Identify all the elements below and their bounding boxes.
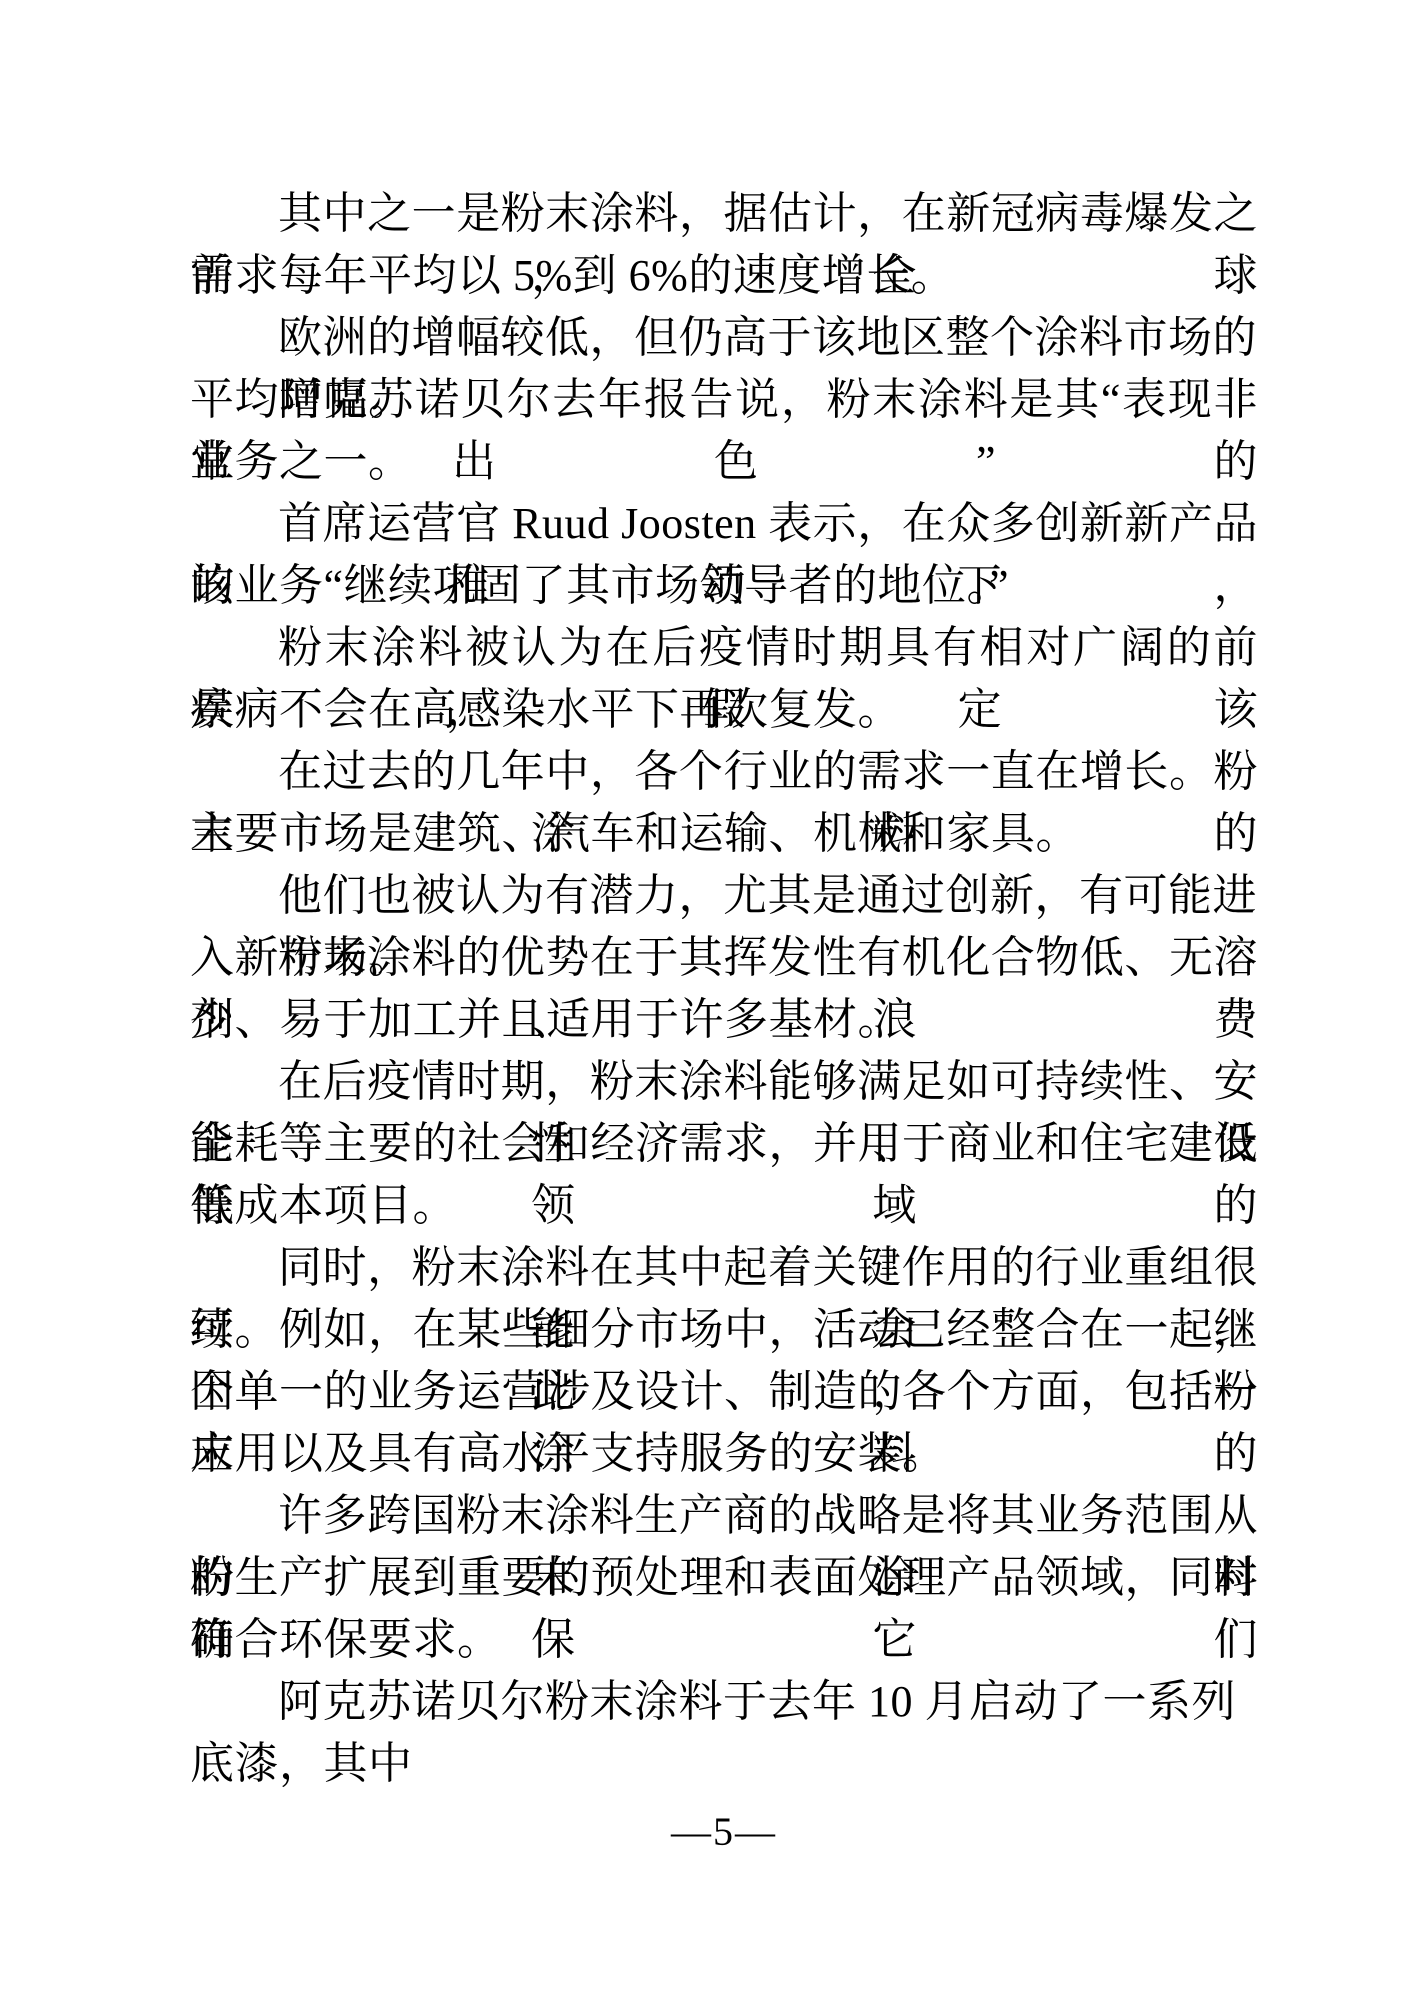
text-line: 粉末涂料的优势在于其挥发性有机化合物低、无溶剂、浪费	[190, 927, 1258, 989]
text-line: 其中之一是粉末涂料，据估计，在新冠病毒爆发之前，全球	[190, 183, 1258, 245]
page-footer: —5—	[190, 1806, 1258, 1858]
page-number: —5—	[671, 1809, 777, 1854]
text-line: 个单一的业务运营涉及设计、制造的各个方面，包括粉末涂料的	[190, 1361, 1258, 1423]
text-line: 许多跨国粉末涂料生产商的战略是将其业务范围从粉末涂料	[190, 1485, 1258, 1547]
text-line: 在过去的几年中，各个行业的需求一直在增长。粉末涂料的	[190, 741, 1258, 803]
text-line: 粉末涂料被认为在后疫情时期具有相对广阔的前景，假定该	[190, 617, 1258, 679]
document-body: 其中之一是粉末涂料，据估计，在新冠病毒爆发之前，全球需求每年平均以 5%到 6%…	[190, 183, 1258, 1733]
text-line: 阿克苏诺贝尔去年报告说，粉末涂料是其“表现非常出色”的	[190, 369, 1258, 431]
text-line: 在后疫情时期，粉末涂料能够满足如可持续性、安全性、低	[190, 1051, 1258, 1113]
text-line: 能耗等主要的社会和经济需求，并用于商业和住宅建设等领域的	[190, 1113, 1258, 1175]
text-line: 同时，粉末涂料在其中起着关键作用的行业重组很可能会继	[190, 1237, 1258, 1299]
text-line: 首席运营官 Ruud Joosten 表示，在众多创新新产品的推动下，	[190, 493, 1258, 555]
text-line: 他们也被认为有潜力，尤其是通过创新，有可能进入新市场。	[190, 865, 1258, 927]
text-line: 续。例如，在某些细分市场中，活动已经整合在一起，因此，一	[190, 1299, 1258, 1361]
document-page: 其中之一是粉末涂料，据估计，在新冠病毒爆发之前，全球需求每年平均以 5%到 6%…	[0, 0, 1415, 2000]
text-line: 的生产扩展到重要的预处理和表面处理产品领域，同时确保它们	[190, 1547, 1258, 1609]
text-line: 阿克苏诺贝尔粉末涂料于去年 10 月启动了一系列底漆，其中	[190, 1671, 1258, 1733]
text-line: 欧洲的增幅较低，但仍高于该地区整个涂料市场的平均增幅。	[190, 307, 1258, 369]
